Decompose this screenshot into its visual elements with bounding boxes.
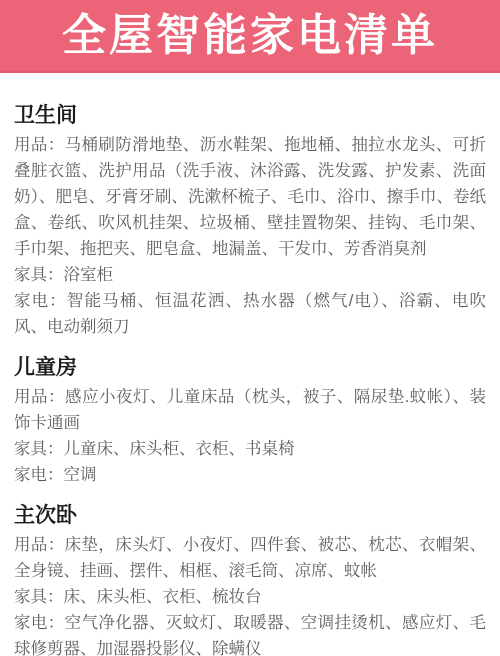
row-label-appliances: 家电： [14,292,67,310]
row-text-appliances: 空气净化器、灭蚊灯、取暖器、空调挂烫机、感应灯、毛球修剪器、加湿器投影仪、除螨仪 [14,614,486,656]
row-label-supplies: 用品： [14,388,65,406]
furniture-row: 家具：浴室柜 [14,262,486,288]
furniture-row: 家具：床、床头柜、衣柜、梳妆台 [14,584,486,610]
page-title: 全屋智能家电清单 [62,14,438,58]
row-text-furniture: 床、床头柜、衣柜、梳妆台 [64,588,262,606]
appliances-row: 家电：空气净化器、灭蚊灯、取暖器、空调挂烫机、感应灯、毛球修剪器、加湿器投影仪、… [14,610,486,656]
appliances-row: 家电：智能马桶、恒温花洒、热水器（燃气/电）、浴霸、电吹风、电动剃须刀 [14,288,486,340]
section-title-bedrooms: 主次卧 [14,503,486,529]
row-label-supplies: 用品： [14,136,65,154]
section-title-kids-room: 儿童房 [14,355,486,381]
row-text-furniture: 浴室柜 [64,266,114,284]
section-title-bathroom: 卫生间 [14,103,486,129]
supplies-row: 用品：床垫，床头灯、小夜灯、四件套、被芯、枕芯、衣帽架、全身镜、挂画、摆件、相框… [14,532,486,584]
appliances-row: 家电：空调 [14,462,486,488]
furniture-row: 家具：儿童床、床头柜、衣柜、书桌椅 [14,436,486,462]
row-text-supplies: 感应小夜灯、儿童床品（枕头，被子、隔尿垫.蚊帐）、装饰卡通画 [14,388,486,432]
header-banner: 全屋智能家电清单 [0,0,500,73]
section-bathroom: 卫生间 用品：马桶刷防滑地垫、沥水鞋架、拖地桶、抽拉水龙头、可折叠脏衣篮、洗护用… [14,103,486,340]
row-text-supplies: 马桶刷防滑地垫、沥水鞋架、拖地桶、抽拉水龙头、可折叠脏衣篮、洗护用品（洗手液、沐… [14,136,486,258]
row-label-appliances: 家电： [14,466,64,484]
content-area: 卫生间 用品：马桶刷防滑地垫、沥水鞋架、拖地桶、抽拉水龙头、可折叠脏衣篮、洗护用… [0,103,500,656]
row-label-furniture: 家具： [14,440,64,458]
row-text-furniture: 儿童床、床头柜、衣柜、书桌椅 [64,440,295,458]
row-text-appliances: 智能马桶、恒温花洒、热水器（燃气/电）、浴霸、电吹风、电动剃须刀 [14,292,486,336]
supplies-row: 用品：感应小夜灯、儿童床品（枕头，被子、隔尿垫.蚊帐）、装饰卡通画 [14,384,486,436]
section-bedrooms: 主次卧 用品：床垫，床头灯、小夜灯、四件套、被芯、枕芯、衣帽架、全身镜、挂画、摆… [14,503,486,656]
row-text-supplies: 床垫，床头灯、小夜灯、四件套、被芯、枕芯、衣帽架、全身镜、挂画、摆件、相框、滚毛… [14,536,486,580]
section-kids-room: 儿童房 用品：感应小夜灯、儿童床品（枕头，被子、隔尿垫.蚊帐）、装饰卡通画 家具… [14,355,486,488]
row-text-appliances: 空调 [64,466,97,484]
row-label-appliances: 家电： [14,614,65,632]
supplies-row: 用品：马桶刷防滑地垫、沥水鞋架、拖地桶、抽拉水龙头、可折叠脏衣篮、洗护用品（洗手… [14,132,486,262]
row-label-furniture: 家具： [14,266,64,284]
row-label-supplies: 用品： [14,536,65,554]
row-label-furniture: 家具： [14,588,64,606]
